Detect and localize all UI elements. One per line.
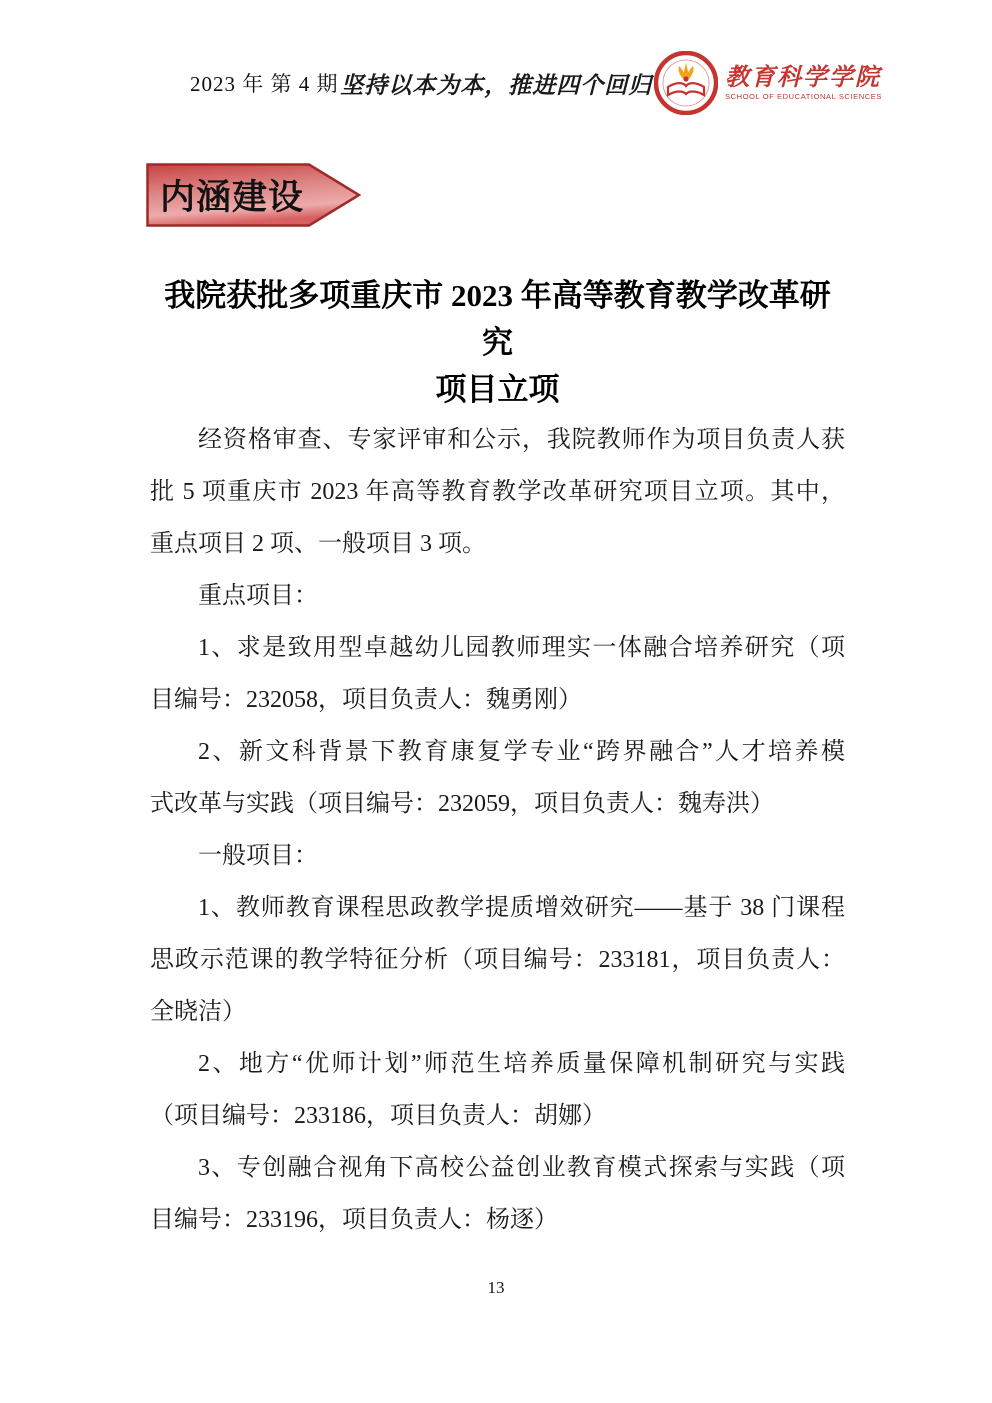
body-line: 经资格审查、专家评审和公示，我院教师作为项目负责人获 xyxy=(150,414,845,466)
body-line: 思政示范课的教学特征分析（项目编号：233181，项目负责人： xyxy=(150,934,845,986)
body-line: 1、求是致用型卓越幼儿园教师理实一体融合培养研究（项 xyxy=(150,622,845,674)
article-title-line1: 我院获批多项重庆市 2023 年高等教育教学改革研究 xyxy=(150,272,845,366)
section-banner-label: 内涵建设 xyxy=(160,170,304,220)
article-title-line2: 项目立项 xyxy=(150,366,845,413)
body-line: 目编号：233196，项目负责人：杨逐） xyxy=(150,1194,845,1246)
school-logo: 教育科学学院 SCHOOL OF EDUCATIONAL SCIENCES xyxy=(654,51,882,115)
article-title: 我院获批多项重庆市 2023 年高等教育教学改革研究 项目立项 xyxy=(150,272,845,413)
body-line: 重点项目： xyxy=(150,570,845,622)
body-line: （项目编号：233186，项目负责人：胡娜） xyxy=(150,1090,845,1142)
page-header: 2023 年 第 4 期 坚持以本为本，推进四个回归 教育科学学院 SCHOOL… xyxy=(190,48,882,118)
body-line: 目编号：232058，项目负责人：魏勇刚） xyxy=(150,674,845,726)
header-slogan: 坚持以本为本，推进四个回归 xyxy=(340,67,652,100)
body-line: 批 5 项重庆市 2023 年高等教育教学改革研究项目立项。其中， xyxy=(150,466,845,518)
body-line: 2、地方“优师计划”师范生培养质量保障机制研究与实践 xyxy=(150,1038,845,1090)
school-seal-icon xyxy=(654,51,718,115)
article-body: 经资格审查、专家评审和公示，我院教师作为项目负责人获 批 5 项重庆市 2023… xyxy=(150,414,845,1246)
document-page: 2023 年 第 4 期 坚持以本为本，推进四个回归 教育科学学院 SCHOOL… xyxy=(0,0,992,1403)
issue-label: 2023 年 第 4 期 xyxy=(190,68,339,98)
school-name-cn: 教育科学学院 xyxy=(725,65,881,91)
section-banner: 内涵建设 xyxy=(146,163,361,227)
body-line: 2、新文科背景下教育康复学专业“跨界融合”人才培养模 xyxy=(150,726,845,778)
body-line: 式改革与实践（项目编号：232059，项目负责人：魏寿洪） xyxy=(150,778,845,830)
body-line: 3、专创融合视角下高校公益创业教育模式探索与实践（项 xyxy=(150,1142,845,1194)
body-line: 一般项目： xyxy=(150,830,845,882)
body-line: 1、教师教育课程思政教学提质增效研究——基于 38 门课程 xyxy=(150,882,845,934)
school-name-en: SCHOOL OF EDUCATIONAL SCIENCES xyxy=(725,92,882,101)
page-number: 13 xyxy=(0,1278,992,1298)
school-logo-text: 教育科学学院 SCHOOL OF EDUCATIONAL SCIENCES xyxy=(725,65,882,100)
body-line: 重点项目 2 项、一般项目 3 项。 xyxy=(150,518,845,570)
body-line: 全晓洁） xyxy=(150,986,845,1038)
